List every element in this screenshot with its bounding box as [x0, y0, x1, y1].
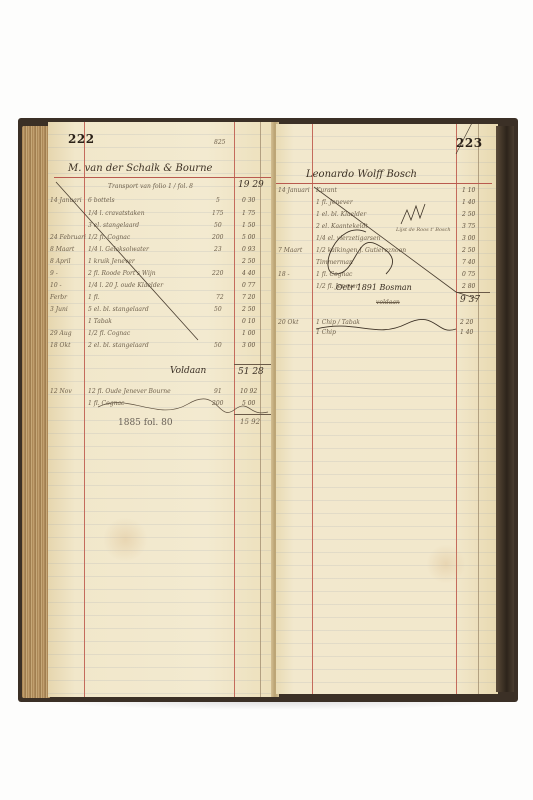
- entry-date: 7 Maart: [278, 248, 302, 254]
- entry-date: 8 Maart: [50, 247, 74, 253]
- entry-description: 2 el. Kaantekeldt: [316, 224, 368, 230]
- entry-description: 5 el. bl. stangelaard: [88, 307, 149, 313]
- entry-amount: 1 10: [462, 188, 475, 194]
- page-number: 223: [456, 136, 483, 150]
- entry-amount: 0 93: [242, 247, 255, 253]
- account-heading: M. van der Schalk & Bourne: [68, 164, 212, 174]
- entry-date: 10 -: [50, 283, 62, 289]
- subtotal-amount: 51 28: [238, 368, 264, 377]
- amount-column-line: [234, 122, 235, 697]
- entry-amount: 2 80: [462, 284, 475, 290]
- page-rules: [276, 124, 498, 694]
- entry-qty: 5: [216, 198, 220, 204]
- pencil-note: 1885 fol. 80: [118, 419, 173, 428]
- left-page: 222 825 M. van der Schalk & Bourne Trans…: [48, 122, 274, 697]
- struck-note: voldaan: [376, 300, 400, 306]
- entry-description: 1 Tabak: [88, 319, 112, 325]
- entry-amount: 1 75: [242, 211, 255, 217]
- subtotal-rule: [456, 292, 490, 293]
- entry-description: 1 Chip / Tabak: [316, 320, 360, 326]
- annotation-note: Lijst de Roos t' Bosch: [396, 228, 451, 233]
- entry-description: Timmerman: [316, 260, 353, 266]
- entry-description: Kurant: [316, 188, 337, 194]
- entry-amount: 3 00: [462, 236, 475, 242]
- entry-qty: 50: [214, 343, 222, 349]
- entry-amount: 0 10: [242, 319, 255, 325]
- entry-description: 1/4 l. Gelaksolwater: [88, 247, 149, 253]
- entry-amount: 7 40: [462, 260, 475, 266]
- heading-rule: [276, 183, 492, 184]
- entry-description: 1 fl. Cognac: [316, 272, 352, 278]
- page-number: 222: [68, 132, 95, 146]
- entry-amount: 3 75: [462, 224, 475, 230]
- entry-date: 14 Januari: [50, 198, 82, 204]
- entry-amount: 1 40: [460, 330, 473, 336]
- entry-date: 9 -: [50, 271, 58, 277]
- entry-description: 2 el. bl. stangelaard: [88, 343, 149, 349]
- entry-date: 14 Januari: [278, 188, 310, 194]
- entry-amount: 7 20: [242, 295, 255, 301]
- entry-qty: 50: [214, 307, 222, 313]
- entry-description: 1/2 kalkingen J. Gutiereznoon: [316, 248, 406, 254]
- entry-amount: 1 40: [462, 200, 475, 206]
- paper-stain: [103, 517, 148, 562]
- entry-description: 2 fl. Roode Port's Wijn: [88, 271, 156, 277]
- entry-description: 1 fl. Jenever: [316, 200, 353, 206]
- entry-qty: 200: [212, 401, 223, 407]
- right-page: 223 Leonardo Wolff Bosch 14 Januari Kura…: [276, 124, 498, 694]
- entry-amount: 0 30: [242, 198, 255, 204]
- paid-signature: Voldaan: [170, 367, 206, 376]
- entry-date: 12 Nov: [50, 389, 72, 395]
- entry-date: 29 Aug: [50, 331, 72, 337]
- entry-qty: 220: [212, 271, 223, 277]
- entry-qty: 175: [212, 211, 223, 217]
- entry-date: 8 April: [50, 259, 71, 265]
- entry-description: 3 el. stangelaard: [88, 223, 139, 229]
- date-margin-line: [84, 122, 85, 697]
- entry-date: 18 -: [278, 272, 290, 278]
- corner-note: 825: [214, 140, 225, 146]
- entry-date: 20 Okt: [278, 320, 299, 326]
- entry-amount: 19 29: [238, 181, 264, 190]
- entry-date: 24 Februari: [50, 235, 86, 241]
- entry-amount: 4 40: [242, 271, 255, 277]
- entry-amount: 2 50: [242, 307, 255, 313]
- entry-description: 1 el. bl. Klaelder: [316, 212, 366, 218]
- entry-qty: 72: [216, 295, 224, 301]
- book-right-edge: [496, 126, 514, 692]
- entry-qty: 200: [212, 235, 223, 241]
- entry-amount: 3 00: [242, 343, 255, 349]
- entry-description: 1 kruik Jenever: [88, 259, 135, 265]
- page-rules: [48, 122, 274, 697]
- total-rule: [234, 414, 272, 415]
- entry-date: 3 Juni: [50, 307, 68, 313]
- entry-description: 1/4 el. vierzetigarsen: [316, 236, 380, 242]
- entry-amount: 1 50: [242, 223, 255, 229]
- entry-amount: 10 92: [240, 389, 257, 395]
- entry-amount: 0 75: [462, 272, 475, 278]
- entry-description: 1/2 fl. Cognac: [88, 235, 130, 241]
- entry-description: 1 Chip: [316, 330, 336, 336]
- subtotal-rule: [234, 364, 272, 365]
- entry-qty: 23: [214, 247, 222, 253]
- subtotal-amount: 9 37: [460, 296, 480, 305]
- date-margin-line: [312, 124, 313, 694]
- entry-description: 1/4 l. cravatstaken: [88, 211, 145, 217]
- entry-description: 1/2 fl. Cognac: [88, 331, 130, 337]
- entry-amount: 5 00: [242, 401, 255, 407]
- entry-description: 1 fl. Cognac: [88, 401, 124, 407]
- entry-amount: 2 50: [242, 259, 255, 265]
- entry-qty: 50: [214, 223, 222, 229]
- settlement-note: Octr 1891 Bosman: [336, 284, 412, 292]
- entry-amount: 1 00: [242, 331, 255, 337]
- entry-amount: 2 50: [462, 248, 475, 254]
- entry-amount: 0 77: [242, 283, 255, 289]
- entry-description: 1/4 l. 20 J. oude Klaelder: [88, 283, 163, 289]
- entry-amount: 2 20: [460, 320, 473, 326]
- cents-column-line: [260, 122, 261, 697]
- entry-description: Transport van folio 1 / fol. 8: [108, 184, 193, 190]
- paper-stain: [426, 544, 466, 584]
- entry-amount: 2 50: [462, 212, 475, 218]
- entry-date: Ferbr: [50, 295, 67, 301]
- page-edges: [22, 126, 50, 698]
- total-amount: 15 92: [240, 419, 260, 426]
- entry-description: 1 fl.: [88, 295, 100, 301]
- heading-rule: [54, 177, 274, 178]
- entry-description: 12 fl. Oude Jenever Bourne: [88, 389, 171, 395]
- cents-column-line: [478, 124, 479, 694]
- entry-date: 18 Okt: [50, 343, 71, 349]
- entry-description: 6 bottels: [88, 198, 115, 204]
- amount-column-line: [456, 124, 457, 694]
- entry-amount: 5 00: [242, 235, 255, 241]
- account-heading: Leonardo Wolff Bosch: [306, 170, 417, 180]
- entry-qty: 91: [214, 389, 222, 395]
- ledger-photo: 222 825 M. van der Schalk & Bourne Trans…: [0, 0, 533, 800]
